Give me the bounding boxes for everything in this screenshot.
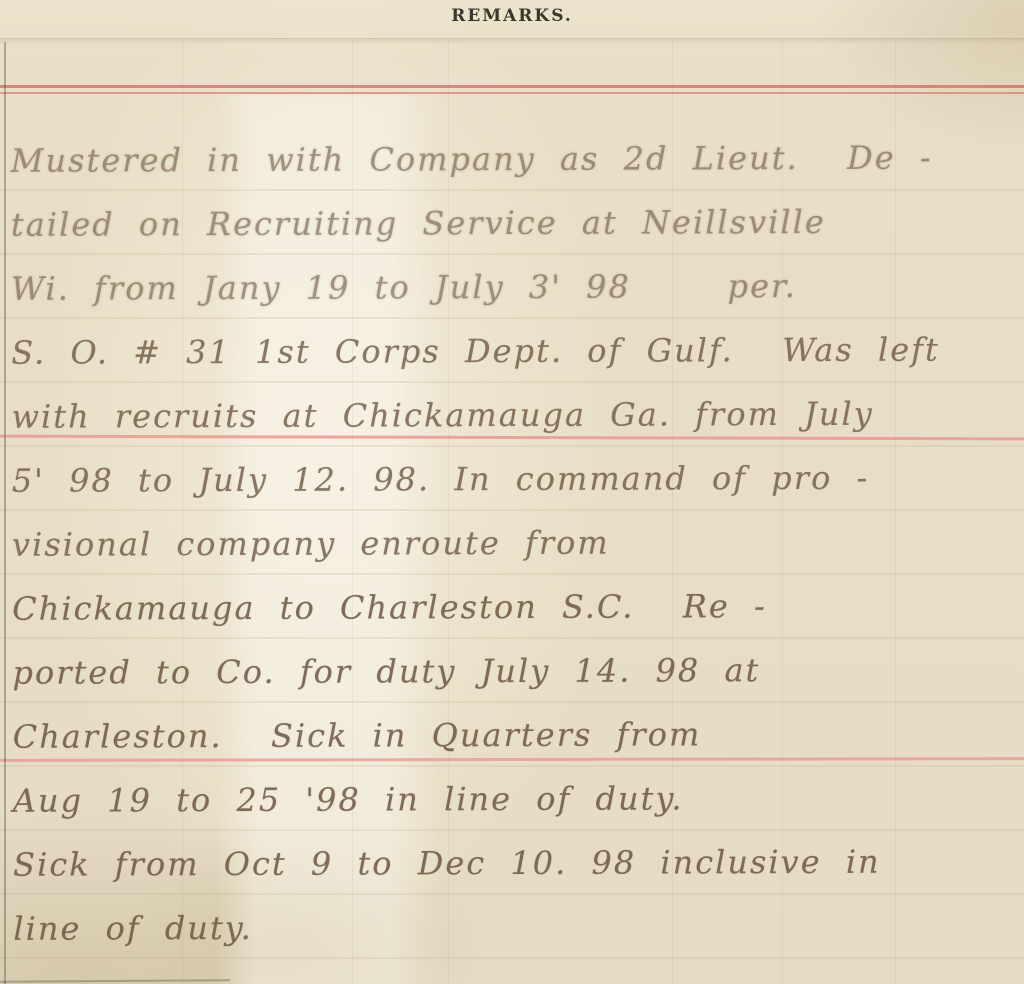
handwriting-line: Aug 19 to 25 '98 in line of duty. (13, 765, 1019, 833)
handwriting-line: Wi. from Jany 19 to July 3' 98 per. (11, 253, 1017, 321)
handwriting-line: with recruits at Chickamauga Ga. from Ju… (11, 381, 1017, 449)
handwriting-line: 5' 98 to July 12. 98. In command of pro … (12, 445, 1018, 513)
handwriting-line: visional company enroute from (12, 509, 1018, 577)
page-left-edge-line (4, 42, 6, 984)
page-edge-seam (0, 38, 1024, 45)
handwriting-line: Chickamauga to Charleston S.C. Re - (12, 573, 1018, 641)
handwriting-line: Mustered in with Company as 2d Lieut. De… (11, 125, 1017, 193)
page-title: REMARKS. (0, 6, 1024, 26)
red-ruled-line-top-a (0, 85, 1024, 88)
handwriting-line: Sick from Oct 9 to Dec 10. 98 inclusive … (13, 829, 1019, 897)
handwritten-remarks-block: Mustered in with Company as 2d Lieut. De… (11, 125, 1020, 961)
handwriting-line: line of duty. (13, 893, 1019, 961)
scanned-document-page: REMARKS. Mustered in with Company as 2d … (0, 0, 1024, 984)
handwriting-line: ported to Co. for duty July 14. 98 at (12, 637, 1018, 705)
handwriting-line: Charleston. Sick in Quarters from (13, 701, 1019, 769)
red-ruled-line-top-b (0, 92, 1024, 94)
handwriting-line: tailed on Recruiting Service at Neillsvi… (11, 189, 1017, 257)
handwriting-line: S. O. # 31 1st Corps Dept. of Gulf. Was … (11, 317, 1017, 385)
page-bottom-edge-line (0, 979, 230, 983)
